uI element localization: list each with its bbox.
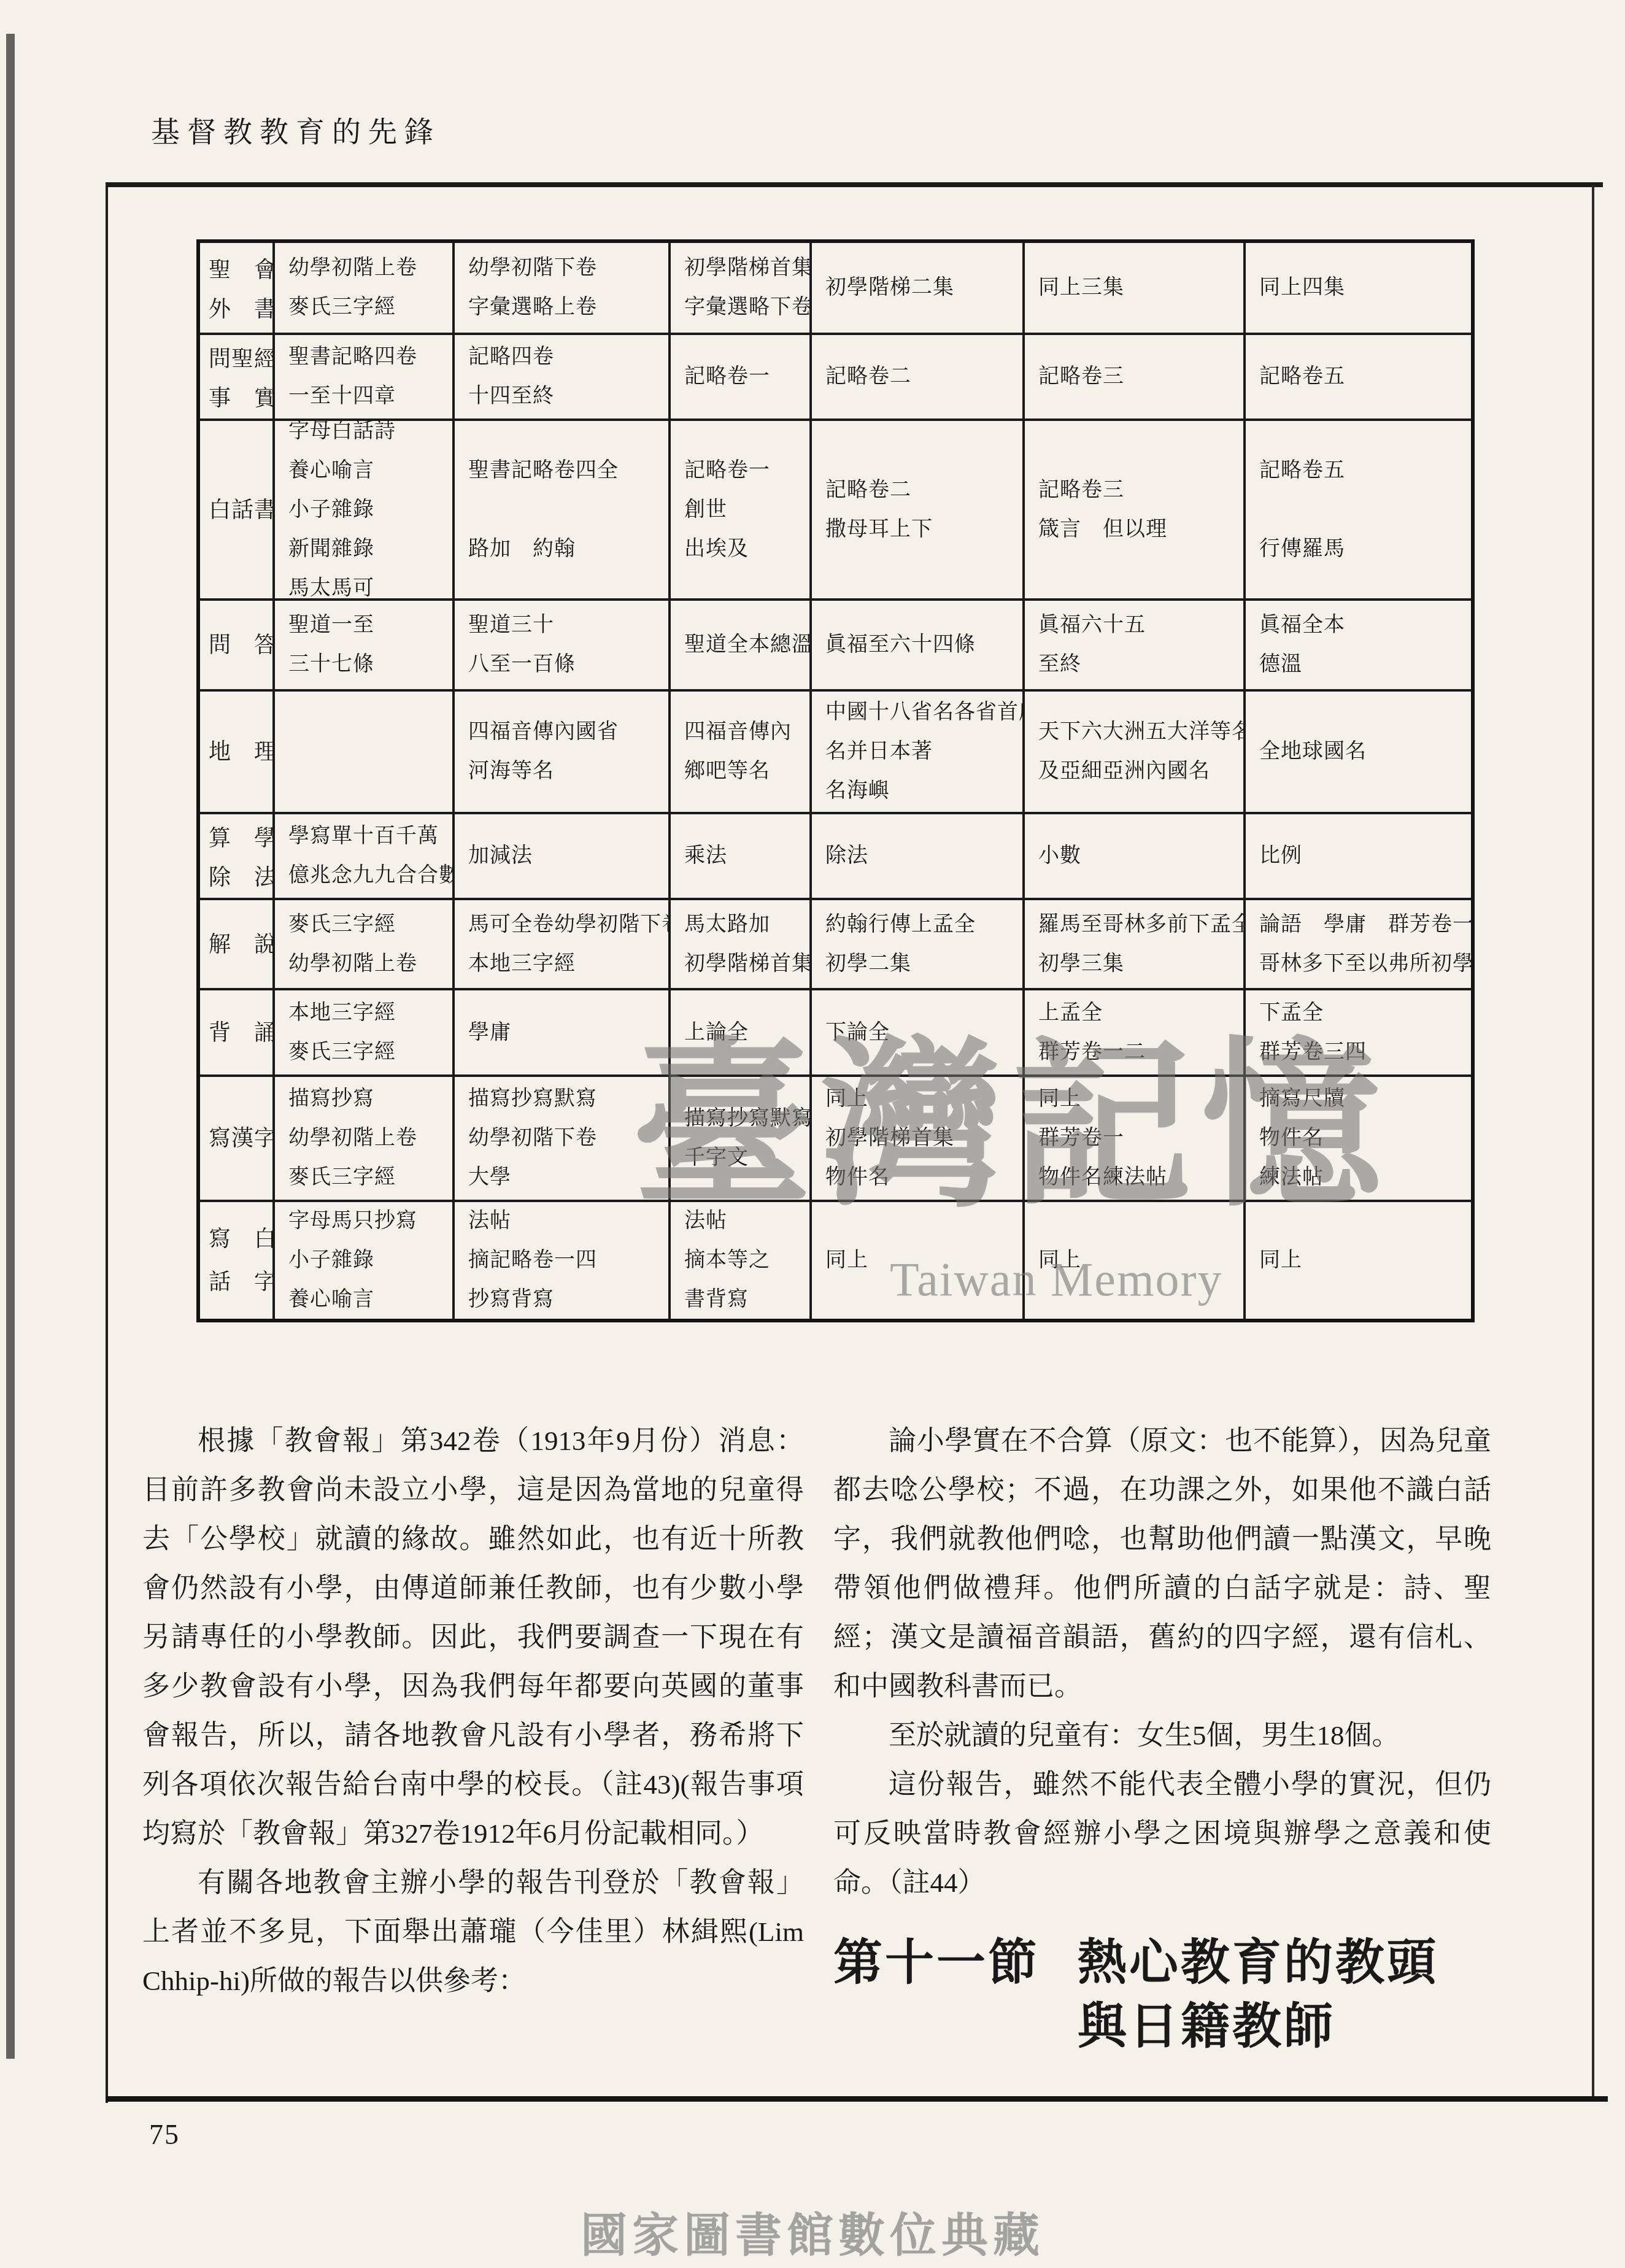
table-cell-r3c3: 眞福至六十四條 xyxy=(812,601,1025,692)
cell-line: 初學三集 xyxy=(1038,944,1238,984)
cell-line: 養心喻言 xyxy=(288,1280,447,1319)
table-cell-r3c5: 眞福全本德溫 xyxy=(1246,601,1471,692)
cell-line: 四福音傳內 xyxy=(684,712,805,752)
cell-line: 眞福至六十四條 xyxy=(825,625,1017,665)
cell-line: 麥氏三字經 xyxy=(288,905,447,944)
row-label-line: 算 學 xyxy=(209,817,264,856)
table-cell-r3c1: 聖道三十八至一百條 xyxy=(455,601,671,692)
row-label-0: 聖 會外 書 xyxy=(200,243,275,335)
row-label-6: 解 說 xyxy=(200,900,275,990)
cell-line: 初學階梯首集 xyxy=(684,249,805,288)
row-label-line: 事 實 xyxy=(209,377,264,416)
cell-line: 全地球國名 xyxy=(1259,732,1466,771)
row-label-9: 寫 白話 字 xyxy=(200,1202,275,1319)
library-watermark: 國家圖書館數位典藏 xyxy=(581,2198,1044,2265)
cell-line: 鄉吧等名 xyxy=(684,752,805,791)
row-label-line: 問 答 xyxy=(209,623,264,666)
cell-line: 三十七條 xyxy=(288,645,447,684)
table-cell-r1c5: 記略卷五 xyxy=(1246,335,1471,421)
row-label-line: 地 理 xyxy=(209,730,264,773)
section-title-line2: 與日籍教師 xyxy=(1078,1994,1438,2058)
table-cell-r9c0: 字母馬只抄寫小子雜錄養心喻言 xyxy=(275,1202,455,1319)
cell-line: 十四至終 xyxy=(468,377,663,416)
table-cell-r0c0: 幼學初階上卷麥氏三字經 xyxy=(275,243,455,335)
page-number: 75 xyxy=(149,2118,180,2151)
cell-line: 麥氏三字經 xyxy=(288,1033,447,1072)
right-paragraph-2: 至於就讀的兒童有：女生5個，男生18個。 xyxy=(833,1711,1491,1760)
cell-line: 記略卷二 xyxy=(825,471,1017,510)
cell-line xyxy=(468,490,663,530)
table-cell-r1c4: 記略卷三 xyxy=(1025,335,1246,421)
cell-line: 書背寫 xyxy=(684,1280,805,1319)
running-header: 基督教教育的先鋒 xyxy=(151,109,441,150)
row-label-line: 除 法 xyxy=(209,856,264,895)
row-label-line: 話 字 xyxy=(209,1260,264,1303)
book-spine-shadow xyxy=(6,34,15,2059)
cell-line: 箴言 但以理 xyxy=(1038,510,1238,549)
taiwan-memory-watermark: 臺灣記憶 xyxy=(632,1037,1391,1218)
cell-line: 麥氏三字經 xyxy=(288,288,447,327)
cell-line: 字母白話詩 xyxy=(288,421,447,451)
table-cell-r6c3: 約翰行傳上孟全初學二集 xyxy=(812,900,1025,990)
table-cell-r2c5: 記略卷五 行傳羅馬 xyxy=(1246,421,1471,601)
table-cell-r4c1: 四福音傳內國省河海等名 xyxy=(455,692,671,814)
cell-line: 眞福六十五 xyxy=(1038,606,1238,645)
cell-line: 出埃及 xyxy=(684,530,805,569)
table-cell-r6c4: 羅馬至哥林多前下孟全初學三集 xyxy=(1025,900,1246,990)
cell-line: 八至一百條 xyxy=(468,645,663,684)
cell-line: 加減法 xyxy=(468,836,663,876)
row-label-line: 寫 白 xyxy=(209,1217,264,1260)
table-cell-r2c3: 記略卷二撒母耳上下 xyxy=(812,421,1025,601)
cell-line: 天下六大洲五大洋等名 xyxy=(1038,712,1238,752)
left-paragraph-2: 有關各地教會主辦小學的報告刊登於「教會報」上者並不多見，下面舉出蕭瓏（今佳里）林… xyxy=(142,1858,804,2005)
table-cell-r2c4: 記略卷三箴言 但以理 xyxy=(1025,421,1246,601)
scanned-book-page: 基督教教育的先鋒 聖 會外 書幼學初階上卷麥氏三字經幼學初階下卷字彙選略上卷初學… xyxy=(0,0,1625,2268)
cell-line: 幼學初階下卷 xyxy=(468,249,663,288)
cell-line: 哥林多下至以弗所初學四集 xyxy=(1259,944,1466,984)
table-cell-r2c1: 聖書記略卷四全 路加 約翰 xyxy=(455,421,671,601)
cell-line: 小數 xyxy=(1038,836,1238,876)
cell-line: 初學二集 xyxy=(825,944,1017,984)
right-paragraph-1: 論小學實在不合算（原文：也不能算），因為兒童都去唸公學校；不過，在功課之外，如果… xyxy=(833,1416,1491,1711)
row-label-line: 解 說 xyxy=(209,923,264,966)
body-right-paragraphs: 論小學實在不合算（原文：也不能算），因為兒童都去唸公學校；不過，在功課之外，如果… xyxy=(833,1416,1491,1907)
table-cell-r0c4: 同上三集 xyxy=(1025,243,1246,335)
row-label-1: 問聖經事 實 xyxy=(200,335,275,421)
table-cell-r5c2: 乘法 xyxy=(671,814,812,900)
cell-line: 聖書記略四卷 xyxy=(288,337,447,377)
cell-line: 摘記略卷一四 xyxy=(468,1241,663,1280)
cell-line: 聖道三十 xyxy=(468,606,663,645)
cell-line: 上孟全 xyxy=(1038,993,1238,1033)
right-paragraph-3: 這份報告，雖然不能代表全體小學的實況，但仍可反映當時教會經辦小學之困境與辦學之意… xyxy=(833,1760,1491,1907)
row-label-3: 問 答 xyxy=(200,601,275,692)
cell-line: 初學階梯首集 xyxy=(684,944,805,984)
cell-line: 小子雜錄 xyxy=(288,490,447,530)
table-cell-r4c4: 天下六大洲五大洋等名及亞細亞洲內國名 xyxy=(1025,692,1246,814)
cell-line: 記略卷一 xyxy=(684,357,805,396)
cell-line: 及亞細亞洲內國名 xyxy=(1038,752,1238,791)
body-column-left: 根據「教會報」第342卷（1913年9月份）消息：目前許多教會尚未設立小學，這是… xyxy=(142,1416,804,2005)
cell-line: 中國十八省名各省首府 xyxy=(825,693,1017,732)
left-paragraph-1: 根據「教會報」第342卷（1913年9月份）消息：目前許多教會尚未設立小學，這是… xyxy=(142,1416,804,1858)
cell-line: 河海等名 xyxy=(468,752,663,791)
cell-line: 新聞雜錄 xyxy=(288,530,447,569)
table-cell-r4c3: 中國十八省名各省首府名并日本著名海嶼 xyxy=(812,692,1025,814)
cell-line: 比例 xyxy=(1259,836,1466,876)
cell-line: 本地三字經 xyxy=(288,993,447,1033)
cell-line: 約翰行傳上孟全 xyxy=(825,905,1017,944)
content-frame-right-border xyxy=(1592,185,1594,2100)
table-cell-r6c2: 馬太路加初學階梯首集 xyxy=(671,900,812,990)
table-cell-r0c1: 幼學初階下卷字彙選略上卷 xyxy=(455,243,671,335)
cell-line: 行傳羅馬 xyxy=(1259,530,1466,569)
cell-line: 記略卷五 xyxy=(1259,357,1466,396)
row-label-line: 寫漢字 xyxy=(209,1117,264,1160)
table-cell-r5c4: 小數 xyxy=(1025,814,1246,900)
cell-line: 乘法 xyxy=(684,836,805,876)
table-cell-r2c2: 記略卷一創世出埃及 xyxy=(671,421,812,601)
body-column-right: 論小學實在不合算（原文：也不能算），因為兒童都去唸公學校；不過，在功課之外，如果… xyxy=(833,1416,1491,2058)
cell-line: 羅馬至哥林多前下孟全 xyxy=(1038,905,1238,944)
table-cell-r4c0 xyxy=(275,692,455,814)
cell-line: 馬太馬可 xyxy=(288,569,447,601)
cell-line: 記略卷三 xyxy=(1038,471,1238,510)
cell-line: 聖道一至 xyxy=(288,606,447,645)
content-frame-top-border xyxy=(106,182,1603,187)
cell-line: 字母馬只抄寫 xyxy=(288,1202,447,1241)
table-cell-r3c4: 眞福六十五至終 xyxy=(1025,601,1246,692)
cell-line: 名海嶼 xyxy=(825,771,1017,811)
table-cell-r0c3: 初學階梯二集 xyxy=(812,243,1025,335)
table-cell-r8c0: 描寫抄寫幼學初階上卷麥氏三字經 xyxy=(275,1077,455,1202)
cell-line: 摘本等之 xyxy=(684,1241,805,1280)
table-cell-r5c3: 除法 xyxy=(812,814,1025,900)
row-label-8: 寫漢字 xyxy=(200,1077,275,1202)
cell-line: 字彙選略下卷 xyxy=(684,288,805,327)
table-cell-r1c1: 記略四卷十四至終 xyxy=(455,335,671,421)
cell-line: 眞福全本 xyxy=(1259,606,1466,645)
row-label-line: 白話書 xyxy=(209,488,264,531)
table-cell-r6c5: 論語 學庸 群芳卷一哥林多下至以弗所初學四集 xyxy=(1246,900,1471,990)
section-heading: 第十一節 熱心教育的教頭 與日籍教師 xyxy=(833,1930,1491,2058)
cell-line: 一至十四章 xyxy=(288,377,447,416)
cell-line: 馬可全卷幼學初階下卷 xyxy=(468,905,663,944)
cell-line: 創世 xyxy=(684,490,805,530)
row-label-line: 背 誦 xyxy=(209,1011,264,1054)
table-cell-r5c1: 加減法 xyxy=(455,814,671,900)
row-label-2: 白話書 xyxy=(200,421,275,601)
cell-line: 幼學初階上卷 xyxy=(288,1119,447,1158)
cell-line: 路加 約翰 xyxy=(468,530,663,569)
row-label-7: 背 誦 xyxy=(200,990,275,1077)
cell-line: 初學階梯二集 xyxy=(825,268,1017,307)
row-label-4: 地 理 xyxy=(200,692,275,814)
cell-line: 德溫 xyxy=(1259,645,1466,684)
table-cell-r1c3: 記略卷二 xyxy=(812,335,1025,421)
row-label-line: 聖 會 xyxy=(209,249,264,288)
content-frame-bottom-border xyxy=(106,2096,1608,2102)
table-cell-r3c2: 聖道全本總溫 xyxy=(671,601,812,692)
cell-line: 四福音傳內國省 xyxy=(468,712,663,752)
section-number: 第十一節 xyxy=(833,1930,1040,2058)
table-cell-r5c5: 比例 xyxy=(1246,814,1471,900)
cell-line: 幼學初階上卷 xyxy=(288,249,447,288)
cell-line: 撒母耳上下 xyxy=(825,510,1017,549)
cell-line: 至終 xyxy=(1038,645,1238,684)
cell-line: 論語 學庸 群芳卷一 xyxy=(1259,905,1466,944)
cell-line: 同上三集 xyxy=(1038,268,1238,307)
taiwan-memory-watermark-latin: Taiwan Memory xyxy=(890,1252,1223,1307)
cell-line: 記略卷二 xyxy=(825,357,1017,396)
row-label-5: 算 學除 法 xyxy=(200,814,275,900)
cell-line: 小子雜錄 xyxy=(288,1241,447,1280)
cell-line: 聖道全本總溫 xyxy=(684,625,805,665)
table-cell-r1c2: 記略卷一 xyxy=(671,335,812,421)
section-title: 熱心教育的教頭 與日籍教師 xyxy=(1078,1930,1438,2058)
cell-line: 抄寫背寫 xyxy=(468,1280,663,1319)
table-cell-r0c5: 同上四集 xyxy=(1246,243,1471,335)
cell-line: 記略卷三 xyxy=(1038,357,1238,396)
table-cell-r2c0: 字母白話詩養心喻言小子雜錄新聞雜錄馬太馬可 xyxy=(275,421,455,601)
table-cell-r4c2: 四福音傳內鄉吧等名 xyxy=(671,692,812,814)
table-cell-r6c1: 馬可全卷幼學初階下卷本地三字經 xyxy=(455,900,671,990)
cell-line: 字彙選略上卷 xyxy=(468,288,663,327)
cell-line: 本地三字經 xyxy=(468,944,663,984)
cell-line: 同上四集 xyxy=(1259,268,1466,307)
cell-line: 同上 xyxy=(1259,1241,1466,1280)
table-cell-r0c2: 初學階梯首集字彙選略下卷 xyxy=(671,243,812,335)
cell-line: 馬太路加 xyxy=(684,905,805,944)
cell-line: 幼學初階上卷 xyxy=(288,944,447,984)
table-cell-r3c0: 聖道一至三十七條 xyxy=(275,601,455,692)
table-cell-r4c5: 全地球國名 xyxy=(1246,692,1471,814)
cell-line: 億兆念九九合合數 xyxy=(288,856,447,895)
cell-line: 除法 xyxy=(825,836,1017,876)
table-cell-r7c0: 本地三字經麥氏三字經 xyxy=(275,990,455,1077)
cell-line xyxy=(1259,490,1466,530)
cell-line: 記略四卷 xyxy=(468,337,663,377)
row-label-line: 問聖經 xyxy=(209,337,264,377)
cell-line: 描寫抄寫 xyxy=(288,1079,447,1119)
cell-line: 麥氏三字經 xyxy=(288,1158,447,1197)
cell-line: 養心喻言 xyxy=(288,451,447,490)
section-title-line1: 熱心教育的教頭 xyxy=(1078,1930,1438,1994)
cell-line: 學寫單十百千萬 xyxy=(288,817,447,856)
cell-line: 記略卷一 xyxy=(684,451,805,490)
cell-line: 聖書記略卷四全 xyxy=(468,451,663,490)
content-frame-left-border xyxy=(106,182,108,2103)
cell-line: 名并日本著 xyxy=(825,732,1017,771)
table-cell-r6c0: 麥氏三字經幼學初階上卷 xyxy=(275,900,455,990)
row-label-line: 外 書 xyxy=(209,288,264,327)
table-cell-r1c0: 聖書記略四卷一至十四章 xyxy=(275,335,455,421)
table-cell-r5c0: 學寫單十百千萬億兆念九九合合數 xyxy=(275,814,455,900)
cell-line: 記略卷五 xyxy=(1259,451,1466,490)
cell-line: 下孟全 xyxy=(1259,993,1466,1033)
